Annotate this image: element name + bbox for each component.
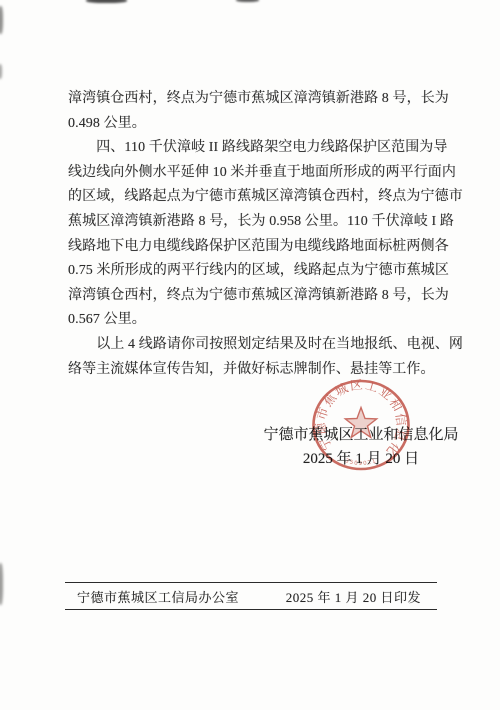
body-line: 漳湾镇仓西村，终点为宁德市蕉城区漳湾镇新港路 8 号，长为 — [68, 284, 444, 309]
scan-smudge — [0, 64, 2, 79]
document-body: 漳湾镇仓西村，终点为宁德市蕉城区漳湾镇新港路 8 号，长为 0.498 公里。 … — [68, 87, 444, 382]
body-line: 线边线向外侧水平延伸 10 米并垂直于地面所形成的两平行面内 — [68, 161, 444, 186]
official-seal: 宁德市蕉城区工业和信息化局 3509021 — [301, 365, 421, 485]
body-line: 0.567 公里。 — [68, 308, 444, 333]
body-line: 以上 4 线路请你司按照划定结果及时在当地报纸、电视、网 — [68, 333, 444, 358]
body-line: 0.498 公里。 — [68, 112, 444, 137]
footer-imprint-bar: 宁德市蕉城区工信局办公室 2025 年 1 月 20 日印发 — [65, 582, 437, 610]
body-line: 蕉城区漳湾镇新港路 8 号，长为 0.958 公里。110 千伏漳岐 I 路 — [68, 210, 444, 235]
body-line: 线路地下电力电缆线路保护区范围为电缆线路地面标桩两侧各 — [68, 235, 444, 260]
scan-smudge — [86, 0, 127, 3]
footer-print-date: 2025 年 1 月 20 日印发 — [286, 587, 421, 606]
scan-smudge — [236, 0, 259, 2]
body-line: 漳湾镇仓西村，终点为宁德市蕉城区漳湾镇新港路 8 号，长为 — [68, 87, 444, 112]
body-line: 四、110 千伏漳岐 II 路线路架空电力线路保护区范围为导 — [68, 136, 444, 161]
body-line: 0.75 米所形成的两平行线内的区域，线路起点为宁德市蕉城区 — [68, 259, 444, 284]
seal-code: 3509021 — [344, 458, 378, 467]
scanned-document-page: 漳湾镇仓西村，终点为宁德市蕉城区漳湾镇新港路 8 号，长为 0.498 公里。 … — [0, 0, 500, 710]
scan-smudge — [0, 6, 3, 34]
footer-issuer: 宁德市蕉城区工信局办公室 — [77, 587, 239, 606]
seal-star-icon — [345, 408, 376, 438]
scan-smudge — [0, 563, 3, 605]
body-line: 的区域，线路起点为宁德市蕉城区漳湾镇仓西村，终点为宁德市 — [68, 185, 444, 210]
